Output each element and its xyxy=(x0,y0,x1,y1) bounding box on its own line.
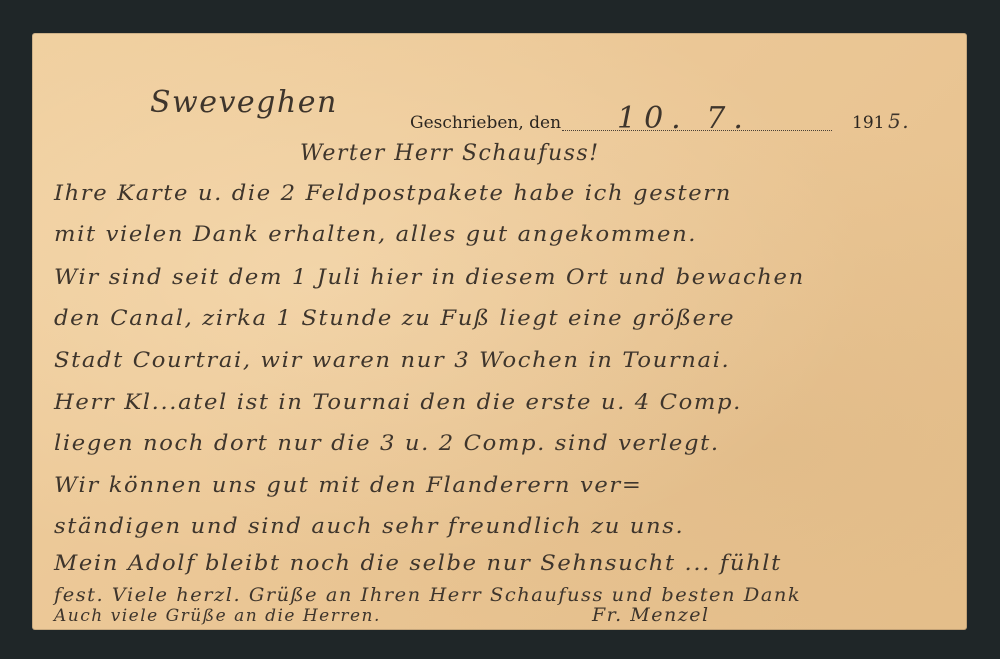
letter-line: Mein Adolf bleibt noch die selbe nur Seh… xyxy=(54,551,782,575)
letter-line: Stadt Courtrai, wir waren nur 3 Wochen i… xyxy=(54,348,730,372)
signature: Fr. Menzel xyxy=(592,604,710,626)
letter-line: Wir sind seit dem 1 Juli hier in diesem … xyxy=(54,265,805,289)
letter-line: ständigen und sind auch sehr freundlich … xyxy=(54,514,684,538)
letter-line: Wir können uns gut mit den Flanderern ve… xyxy=(54,473,643,497)
greeting: Werter Herr Schaufuss! xyxy=(300,141,600,166)
date-day-month: 10. 7. xyxy=(617,101,751,136)
letter-line: mit vielen Dank erhalten, alles gut ange… xyxy=(54,222,697,246)
postcard: Sweveghen Geschrieben, den 10. 7. 191 5.… xyxy=(32,33,967,630)
printed-year: 191 xyxy=(852,113,884,133)
place-name: Sweveghen xyxy=(150,85,338,120)
letter-line: Ihre Karte u. die 2 Feldpostpakete habe … xyxy=(54,181,732,205)
letter-line: liegen noch dort nur die 3 u. 2 Comp. si… xyxy=(54,431,720,455)
letter-line: den Canal, zirka 1 Stunde zu Fuß liegt e… xyxy=(54,306,735,330)
letter-line: Herr Kl...atel ist in Tournai den die er… xyxy=(54,390,742,414)
letter-line: Auch viele Grüße an die Herren. xyxy=(54,606,381,626)
letter-line: fest. Viele herzl. Grüße an Ihren Herr S… xyxy=(54,584,801,606)
year-suffix: 5. xyxy=(888,109,910,133)
printed-label: Geschrieben, den xyxy=(410,113,561,133)
